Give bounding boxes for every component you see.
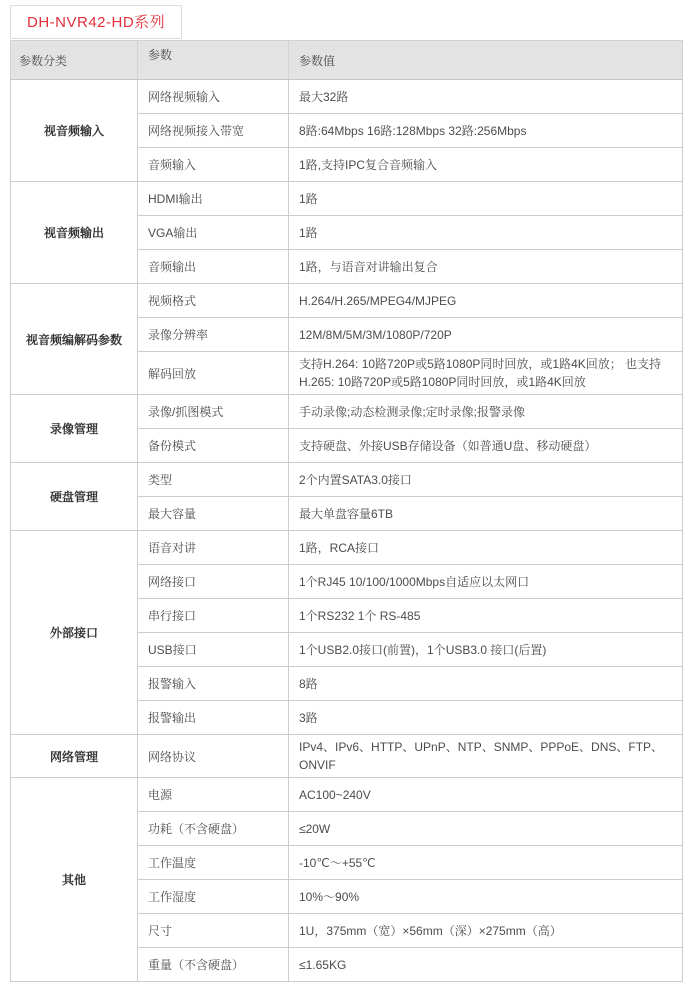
param-cell: 重量（不含硬盘） — [138, 948, 289, 982]
column-header-value: 参数值 — [289, 41, 683, 80]
param-cell: 网络协议 — [138, 735, 289, 778]
value-cell: 1路 — [289, 182, 683, 216]
value-cell: -10℃～+55℃ — [289, 846, 683, 880]
param-cell: 报警输出 — [138, 701, 289, 735]
value-cell: ≤20W — [289, 812, 683, 846]
value-cell: IPv4、IPv6、HTTP、UPnP、NTP、SNMP、PPPoE、DNS、F… — [289, 735, 683, 778]
value-cell: 1个RS232 1个 RS-485 — [289, 599, 683, 633]
table-row: 视音频输出HDMI输出1路 — [11, 182, 683, 216]
value-cell: 1路，RCA接口 — [289, 531, 683, 565]
table-row: 视音频输入网络视频输入最大32路 — [11, 80, 683, 114]
param-cell: HDMI输出 — [138, 182, 289, 216]
value-cell: 1路 — [289, 216, 683, 250]
column-header-category: 参数分类 — [11, 41, 138, 80]
param-cell: USB接口 — [138, 633, 289, 667]
category-cell: 视音频编解码参数 — [11, 284, 138, 395]
value-cell: 支持H.264: 10路720P或5路1080P同时回放，或1路4K回放； 也支… — [289, 352, 683, 395]
table-header-row: 参数分类 参数 参数值 — [11, 41, 683, 80]
value-cell: 1U，375mm（宽）×56mm（深）×275mm（高） — [289, 914, 683, 948]
param-cell: 录像/抓图模式 — [138, 395, 289, 429]
param-cell: 报警输入 — [138, 667, 289, 701]
value-cell: H.264/H.265/MPEG4/MJPEG — [289, 284, 683, 318]
category-cell: 视音频输入 — [11, 80, 138, 182]
param-cell: 串行接口 — [138, 599, 289, 633]
value-cell: 支持硬盘、外接USB存储设备（如普通U盘、移动硬盘） — [289, 429, 683, 463]
value-cell: 12M/8M/5M/3M/1080P/720P — [289, 318, 683, 352]
value-cell: 1个USB2.0接口(前置)，1个USB3.0 接口(后置) — [289, 633, 683, 667]
table-row: 硬盘管理类型2个内置SATA3.0接口 — [11, 463, 683, 497]
param-cell: 电源 — [138, 778, 289, 812]
param-cell: 语音对讲 — [138, 531, 289, 565]
value-cell: 10%～90% — [289, 880, 683, 914]
table-row: 其他电源AC100~240V — [11, 778, 683, 812]
value-cell: 1路，与语音对讲输出复合 — [289, 250, 683, 284]
param-cell: 音频输出 — [138, 250, 289, 284]
value-cell: 1个RJ45 10/100/1000Mbps自适应以太网口 — [289, 565, 683, 599]
param-cell: 最大容量 — [138, 497, 289, 531]
param-cell: 类型 — [138, 463, 289, 497]
param-cell: 网络视频接入带宽 — [138, 114, 289, 148]
table-body: 视音频输入网络视频输入最大32路网络视频接入带宽8路:64Mbps 16路:12… — [11, 80, 683, 982]
param-cell: 工作温度 — [138, 846, 289, 880]
value-cell: 8路 — [289, 667, 683, 701]
value-cell: 1路,支持IPC复合音频输入 — [289, 148, 683, 182]
param-cell: 视频格式 — [138, 284, 289, 318]
table-header: 参数分类 参数 参数值 — [11, 41, 683, 80]
param-cell: 网络视频输入 — [138, 80, 289, 114]
title-box: DH-NVR42-HD系列 — [10, 5, 182, 39]
param-cell: 音频输入 — [138, 148, 289, 182]
value-cell: 手动录像;动态检测录像;定时录像;报警录像 — [289, 395, 683, 429]
column-header-param: 参数 — [138, 41, 289, 80]
value-cell: 最大单盘容量6TB — [289, 497, 683, 531]
param-cell: 尺寸 — [138, 914, 289, 948]
param-cell: VGA输出 — [138, 216, 289, 250]
param-cell: 解码回放 — [138, 352, 289, 395]
spec-table: 参数分类 参数 参数值 视音频输入网络视频输入最大32路网络视频接入带宽8路:6… — [10, 40, 683, 982]
value-cell: AC100~240V — [289, 778, 683, 812]
table-row: 视音频编解码参数视频格式H.264/H.265/MPEG4/MJPEG — [11, 284, 683, 318]
category-cell: 网络管理 — [11, 735, 138, 778]
param-cell: 备份模式 — [138, 429, 289, 463]
table-row: 录像管理录像/抓图模式手动录像;动态检测录像;定时录像;报警录像 — [11, 395, 683, 429]
param-cell: 工作湿度 — [138, 880, 289, 914]
table-row: 网络管理网络协议IPv4、IPv6、HTTP、UPnP、NTP、SNMP、PPP… — [11, 735, 683, 778]
model-title: DH-NVR42-HD系列 — [27, 14, 165, 31]
param-cell: 网络接口 — [138, 565, 289, 599]
value-cell: 最大32路 — [289, 80, 683, 114]
table-row: 外部接口语音对讲1路，RCA接口 — [11, 531, 683, 565]
value-cell: 2个内置SATA3.0接口 — [289, 463, 683, 497]
value-cell: 8路:64Mbps 16路:128Mbps 32路:256Mbps — [289, 114, 683, 148]
value-cell: 3路 — [289, 701, 683, 735]
category-cell: 硬盘管理 — [11, 463, 138, 531]
param-cell: 功耗（不含硬盘） — [138, 812, 289, 846]
category-cell: 视音频输出 — [11, 182, 138, 284]
value-cell: ≤1.65KG — [289, 948, 683, 982]
category-cell: 录像管理 — [11, 395, 138, 463]
param-cell: 录像分辨率 — [138, 318, 289, 352]
category-cell: 其他 — [11, 778, 138, 982]
category-cell: 外部接口 — [11, 531, 138, 735]
